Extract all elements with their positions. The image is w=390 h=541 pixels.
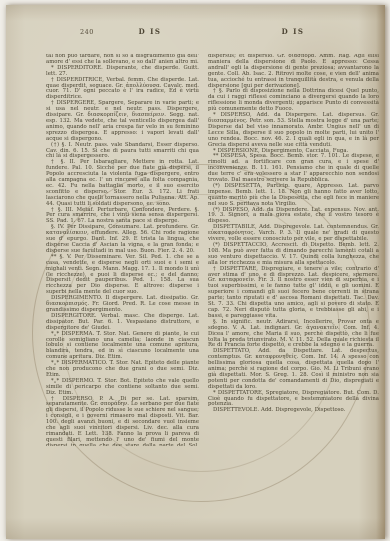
dictionary-paragraph: dispersus; et dispersio. Gr. διασπορά. A… bbox=[208, 54, 379, 89]
text-column-right: dispersus; et dispersio. Gr. διασπορά. A… bbox=[208, 54, 379, 446]
dictionary-paragraph: *„* DISPERMATICO. T. Stor. Nat. Epiteto … bbox=[46, 361, 199, 379]
dictionary-paragraph: ** §. V. Per Disseminare. Ver. Sil. Ped.… bbox=[46, 255, 199, 296]
text-column-left: tal non può tardare, non si so a disgrad… bbox=[46, 54, 199, 446]
running-head-left: D IS bbox=[139, 27, 162, 36]
dictionary-paragraph: DISPERGIMENTO. Il dispergere. Lat. dissi… bbox=[46, 296, 199, 314]
page-number: 240 bbox=[80, 28, 94, 36]
dictionary-paragraph: §. IV. Per Dissipare, Consumare. Lat. pr… bbox=[46, 225, 199, 255]
text-columns: tal non può tardare, non si so a disgrad… bbox=[46, 54, 379, 446]
dictionary-paragraph: DISPERGITORE. Verbal. masc. Che disperge… bbox=[46, 314, 199, 332]
dictionary-paragraph: ** DISPESA, Spesa. Bocc. Bemb. stor. 7. … bbox=[208, 154, 379, 184]
dictionary-paragraph: DISPETTEVOLE. Add. Dispregevole, Dispett… bbox=[208, 408, 379, 414]
dictionary-paragraph: † DISPERGERE, Spargere, Separare in vari… bbox=[46, 101, 199, 142]
dictionary-paragraph: † DISPETTARE, Dispregiare, e tenere a vi… bbox=[208, 267, 379, 320]
dictionary-paragraph: † DISPERSO, P. A. Di per se. Lat. sparsi… bbox=[46, 397, 199, 446]
dictionary-paragraph: (*) DISPESETTA, Particip. quare, Appress… bbox=[208, 184, 379, 208]
dictionary-paragraph: † §. II. Per Isbaragliare, Mettere in ro… bbox=[46, 160, 199, 207]
scanned-page-photo: 240 D IS D IS tal non può tardare, non s… bbox=[0, 0, 390, 541]
dictionary-paragraph: (†) §. I. Neutr. pass. vale Sbandarsi, E… bbox=[46, 143, 199, 161]
dictionary-page: 240 D IS D IS tal non può tardare, non s… bbox=[6, 5, 385, 539]
dictionary-paragraph: * DISPERDITORE. Disperante, che disperde… bbox=[46, 66, 199, 78]
dictionary-paragraph: *„* DISPERMA. T. Stor. Nat. Genere di pi… bbox=[46, 332, 199, 362]
dictionary-paragraph: * DISPETTATORE, Spregiatore, Dispregiato… bbox=[208, 391, 379, 409]
running-head-right: D IS bbox=[282, 27, 305, 36]
dictionary-paragraph: † §. Parlo di disposizione nella Dottrin… bbox=[208, 89, 379, 113]
dictionary-paragraph: † §. III. Metaf. Perturbare, Confondere,… bbox=[46, 208, 199, 226]
dictionary-paragraph: * DISPERSO, Add. da Dispergere. Lat. dis… bbox=[208, 113, 379, 148]
dictionary-paragraph: DISPETTABILE, Add. Dispregevole. Lat. co… bbox=[208, 225, 379, 243]
dictionary-paragraph: (*) DISPETTACCIO, Accrescit. di Dispetto… bbox=[208, 243, 379, 267]
dictionary-paragraph: *„* DISPERMO. T. Stor. Bot. Epiteto che … bbox=[46, 379, 199, 397]
dictionary-paragraph: DISPETTATO, Add. da Dispettare. Lat. des… bbox=[208, 349, 379, 390]
dictionary-paragraph: (*) DISPESO, Add. da Dispendere. Lat. ex… bbox=[208, 208, 379, 226]
dictionary-paragraph: † DISPERDITRICE, Verbal. femm. Che dispe… bbox=[46, 78, 199, 102]
dictionary-paragraph: §. In signific. neutr. Adirarsi, Incolle… bbox=[208, 320, 379, 350]
